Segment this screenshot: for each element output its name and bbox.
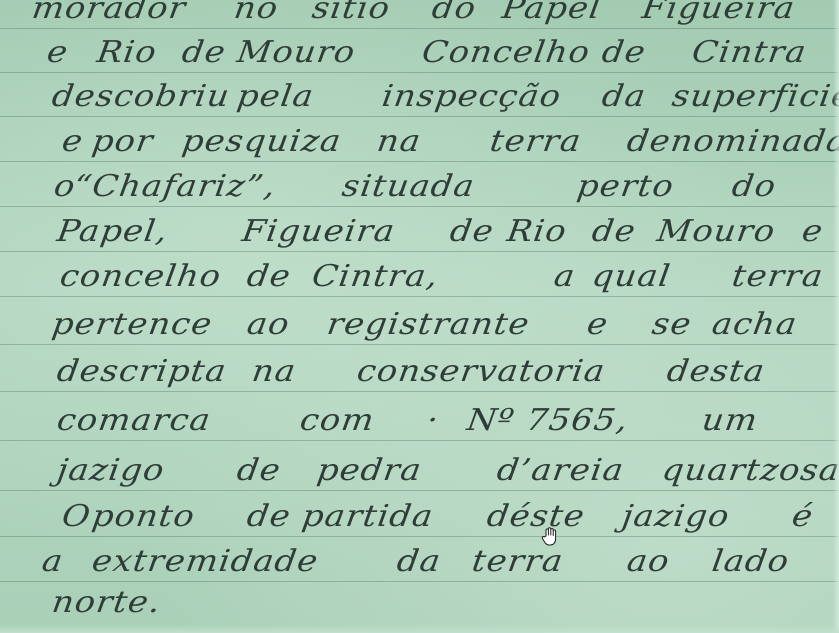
manuscript-word: da: [600, 82, 648, 112]
manuscript-word: concelho: [58, 262, 223, 292]
manuscript-word: Cintra: [690, 38, 809, 68]
manuscript-word: morador: [30, 0, 188, 24]
manuscript-word: Rio: [505, 217, 569, 247]
manuscript-word: pertence: [50, 310, 214, 340]
manuscript-word: norte.: [50, 588, 163, 618]
manuscript-word: ao: [245, 310, 292, 340]
manuscript-word: de: [448, 217, 496, 247]
manuscript-word: ·: [425, 406, 441, 436]
manuscript-line: concelhodeCintra,aqualterra: [0, 252, 839, 296]
manuscript-word: de: [600, 38, 648, 68]
manuscript-word: do: [730, 172, 778, 202]
manuscript-word: ponto: [90, 502, 197, 532]
manuscript-word: situada: [340, 172, 477, 202]
manuscript-word: por: [90, 127, 155, 157]
manuscript-word: um: [700, 406, 760, 436]
manuscript-word: Papel,: [55, 217, 170, 247]
manuscript-word: O: [60, 502, 93, 532]
manuscript-word: desta: [665, 357, 767, 387]
manuscript-word: jazigo: [55, 456, 167, 486]
manuscript-word: e: [60, 127, 85, 157]
manuscript-word: Figueira: [640, 0, 797, 24]
manuscript-word: pedra: [315, 456, 424, 486]
manuscript-line: Papel,FigueiradeRiodeMouroe: [0, 207, 839, 251]
manuscript-word: extremidade: [90, 547, 320, 577]
manuscript-word: descripta: [55, 357, 229, 387]
manuscript-word: a: [552, 262, 577, 292]
manuscript-word: de: [590, 217, 638, 247]
manuscript-word: terra: [470, 547, 565, 577]
manuscript-word: de: [180, 38, 228, 68]
ruled-line: [0, 344, 839, 345]
manuscript-word: da: [395, 547, 443, 577]
manuscript-word: denominada: [625, 127, 839, 157]
manuscript-word: se: [650, 310, 694, 340]
manuscript-line: norte.: [0, 578, 839, 622]
manuscript-word: “Chafariz”,: [72, 172, 278, 202]
manuscript-word: Nº 7565,: [465, 406, 630, 436]
manuscript-word: é: [790, 502, 815, 532]
manuscript-word: ao: [625, 547, 672, 577]
manuscript-word: acha: [710, 310, 799, 340]
manuscript-word: na: [375, 127, 423, 157]
manuscript-word: de: [235, 456, 283, 486]
manuscript-word: Mouro: [235, 38, 357, 68]
manuscript-word: d’areia: [495, 456, 626, 486]
manuscript-line: eRiodeMouroConcelhodeCintra: [0, 28, 839, 72]
ruled-line: [0, 440, 839, 441]
manuscript-word: pesquiza: [180, 127, 343, 157]
ruled-line: [0, 490, 839, 491]
ruled-line: [0, 296, 839, 297]
manuscript-word: no: [232, 0, 280, 24]
manuscript-word: jazigo: [620, 502, 732, 532]
manuscript-word: terra: [730, 262, 825, 292]
manuscript-line: Opontodepartidadéstejazigoé: [0, 492, 839, 536]
manuscript-line: descriptanaconservatoriadesta: [0, 347, 839, 391]
manuscript-line: eporpesquizanaterradenominada: [0, 117, 839, 161]
manuscript-word: Concelho: [420, 38, 592, 68]
manuscript-word: de: [245, 262, 293, 292]
manuscript-line: moradornositiodoPapelFigueira: [0, 0, 839, 28]
manuscript-word: Cintra,: [310, 262, 440, 292]
manuscript-line: descobriupelainspecçãodasuperficie: [0, 72, 839, 116]
manuscript-word: perto: [575, 172, 676, 202]
manuscript-word: lado: [710, 547, 791, 577]
manuscript-word: inspecção: [380, 82, 563, 112]
manuscript-word: registrante: [325, 310, 532, 340]
manuscript-word: Papel: [500, 0, 603, 24]
page-edge-right: [833, 0, 839, 633]
manuscript-word: do: [430, 0, 478, 24]
manuscript-page[interactable]: moradornositiodoPapelFigueiraeRiodeMouro…: [0, 0, 839, 633]
manuscript-line: aextremidadedaterraaolado: [0, 537, 839, 581]
manuscript-word: pela: [235, 82, 316, 112]
manuscript-word: Rio: [95, 38, 159, 68]
manuscript-word: conservatoria: [355, 357, 607, 387]
manuscript-word: Mouro: [655, 217, 777, 247]
grab-hand-icon: [541, 527, 559, 547]
manuscript-line: comarcacom·Nº 7565,um: [0, 396, 839, 440]
manuscript-word: e: [800, 217, 825, 247]
manuscript-word: a: [40, 547, 65, 577]
manuscript-line: o“Chafariz”,situadapertodo: [0, 162, 839, 206]
manuscript-word: com: [298, 406, 376, 436]
manuscript-word: e: [585, 310, 610, 340]
manuscript-word: sitio: [310, 0, 392, 24]
manuscript-line: jazigodepedrad’areiaquartzosa: [0, 446, 839, 490]
manuscript-word: Figueira: [240, 217, 397, 247]
manuscript-word: comarca: [55, 406, 213, 436]
page-edge-bottom: [0, 625, 839, 633]
manuscript-word: na: [250, 357, 298, 387]
ruled-line: [0, 391, 839, 392]
manuscript-word: qual: [590, 262, 673, 292]
manuscript-word: de: [245, 502, 293, 532]
manuscript-word: terra: [488, 127, 583, 157]
manuscript-line: pertenceaoregistranteeseacha: [0, 300, 839, 344]
manuscript-word: partida: [300, 502, 435, 532]
manuscript-word: e: [45, 38, 70, 68]
manuscript-word: descobriu: [50, 82, 232, 112]
manuscript-word: superficie: [670, 82, 839, 112]
manuscript-word: quartzosa: [660, 456, 839, 486]
manuscript-word: déste: [485, 502, 587, 532]
